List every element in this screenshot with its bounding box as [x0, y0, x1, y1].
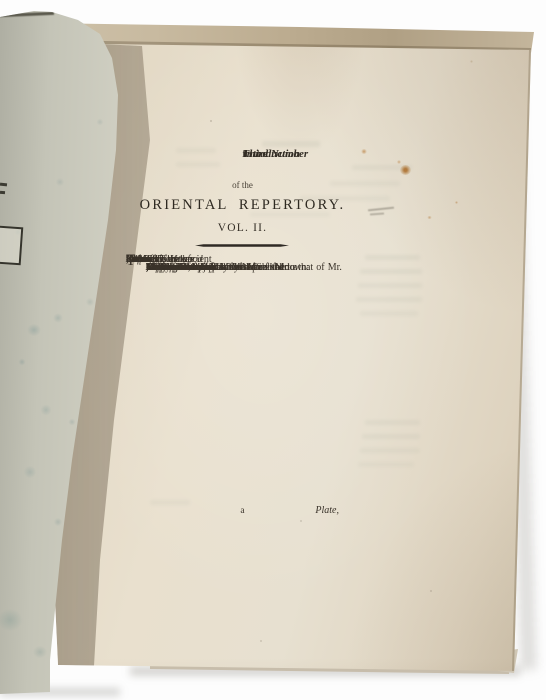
show-through-ghost	[356, 297, 422, 302]
show-through-ghost	[262, 141, 320, 147]
show-through-ghost	[358, 283, 422, 288]
paper-speck	[210, 120, 212, 122]
paper-speck	[300, 520, 302, 522]
paper-speck	[430, 590, 432, 592]
show-through-ghost	[365, 420, 420, 425]
show-through-ghost	[176, 148, 216, 153]
show-through-ghost	[360, 448, 420, 453]
show-through-ghost	[358, 462, 414, 467]
page-title: ORIENTAL REPERTORY.	[126, 197, 359, 214]
paper-speck	[260, 640, 262, 642]
body-text: THE Embaſſy of Mr. Edward Fleetwood to A…	[126, 253, 359, 261]
foxing-spot	[427, 216, 432, 219]
photo-background: Introduction to the Third Number of the …	[0, 0, 546, 700]
foxing-spot	[455, 201, 458, 204]
show-through-ghost	[176, 162, 220, 167]
foxing-spot	[397, 160, 401, 164]
page-edge-text-fragment	[0, 183, 7, 187]
page-edge-text-fragment	[0, 191, 5, 194]
show-through-ghost	[362, 434, 420, 439]
catchword: Plate,	[126, 505, 359, 516]
previous-page-curl-edge	[0, 12, 54, 17]
show-through-ghost	[360, 311, 418, 316]
heading-of-the: of the	[126, 180, 359, 190]
foxing-spot	[361, 149, 367, 154]
previous-page-curl-edge	[51, 7, 108, 26]
show-through-ghost	[360, 269, 422, 274]
plate-frame-corner	[0, 225, 23, 266]
volume-label: VOL. II.	[126, 222, 359, 234]
foxing-spot	[400, 165, 411, 175]
foxing-spot	[470, 60, 473, 63]
show-through-ghost	[365, 255, 420, 260]
divider-rule	[195, 244, 289, 247]
